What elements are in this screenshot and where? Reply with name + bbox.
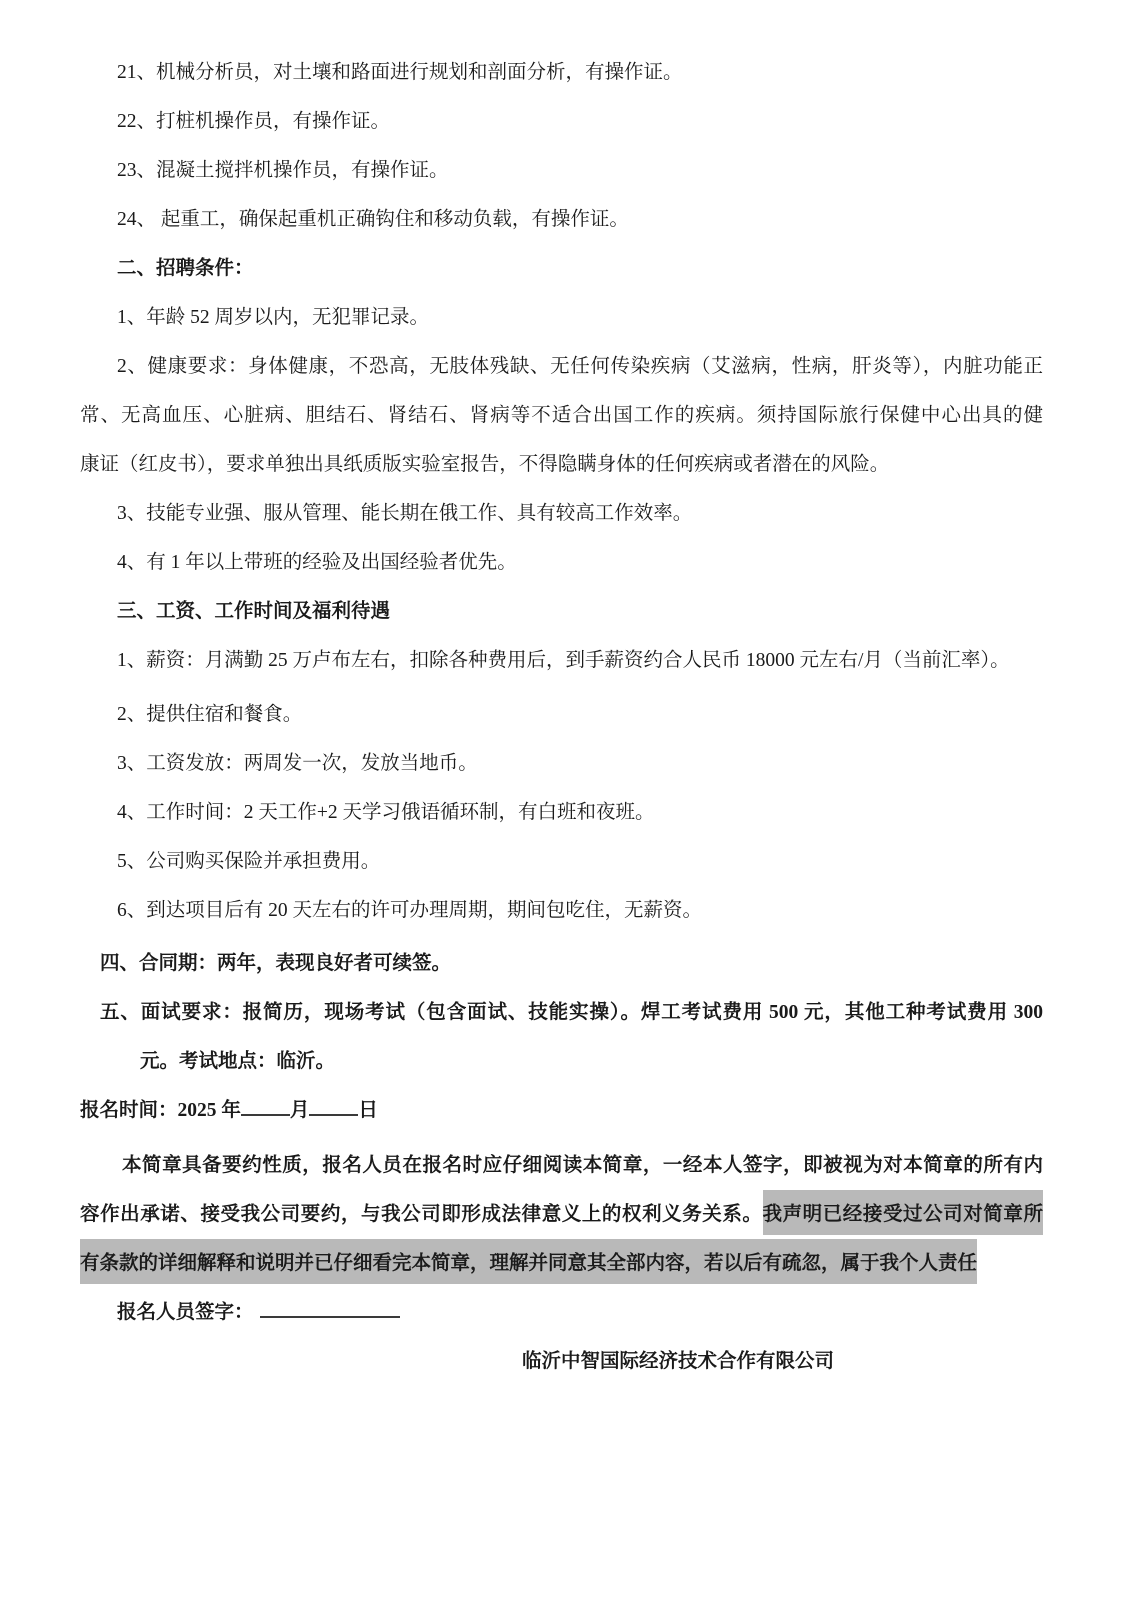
- highlighted-text-run: 我声明已经接受过公司对简章所: [763, 1190, 1043, 1235]
- benefit-4-work-hours: 4、工作时间：2 天工作+2 天学习俄语循环制，有白班和夜班。: [80, 788, 1043, 837]
- text-run: 22、打桩机操作员，有操作证。: [117, 111, 390, 132]
- benefit-6-permit-period: 6、到达项目后有 20 天左右的许可办理周期，期间包吃住，无薪资。: [80, 886, 1043, 935]
- section-4-contract-term: 四、合同期：两年，表现良好者可续签。: [80, 939, 1043, 988]
- text-run: 5、公司购买保险并承担费用。: [117, 851, 380, 872]
- text-run: 3、技能专业强、服从管理、能长期在俄工作、具有较高工作效率。: [117, 503, 692, 524]
- text-run: 2、提供住宿和餐食。: [117, 704, 302, 725]
- text-run: 日: [358, 1100, 378, 1121]
- company-name: 临沂中智国际经济技术合作有限公司: [80, 1337, 1043, 1386]
- text-run: 21、机械分析员，对土壤和路面进行规划和剖面分析，有操作证。: [117, 62, 683, 83]
- text-run: 三、工资、工作时间及福利待遇: [117, 601, 390, 622]
- section-heading-2-recruitment-conditions: 二、招聘条件：: [80, 244, 1043, 293]
- benefit-5-insurance: 5、公司购买保险并承担费用。: [80, 837, 1043, 886]
- section-heading-3-salary-benefits: 三、工资、工作时间及福利待遇: [80, 587, 1043, 636]
- condition-2-line2: 常、无高血压、心脏病、胆结石、肾结石、肾病等不适合出国工作的疾病。须持国际旅行保…: [80, 391, 1043, 440]
- text-run: 1、年龄 52 周岁以内，无犯罪记录。: [117, 307, 429, 328]
- benefit-3-pay-schedule: 3、工资发放：两周发一次，发放当地币。: [80, 739, 1043, 788]
- job-item-21: 21、机械分析员，对土壤和路面进行规划和剖面分析，有操作证。: [80, 48, 1043, 97]
- text-run: 五、面试要求：报简历，现场考试（包含面试、技能实操）。焊工考试费用 500 元，…: [100, 1002, 1043, 1023]
- condition-2-line3: 康证（红皮书），要求单独出具纸质版实验室报告，不得隐瞒身体的任何疾病或者潜在的风…: [80, 440, 1043, 489]
- declaration-line3: 有条款的详细解释和说明并已仔细看完本简章，理解并同意其全部内容，若以后有疏忽，属…: [80, 1239, 1043, 1288]
- text-run: 常、无高血压、心脏病、胆结石、肾结石、肾病等不适合出国工作的疾病。须持国际旅行保…: [80, 405, 1043, 426]
- section-5-interview-line1: 五、面试要求：报简历，现场考试（包含面试、技能实操）。焊工考试费用 500 元，…: [80, 988, 1043, 1037]
- declaration-line2: 容作出承诺、接受我公司要约，与我公司即形成法律意义上的权利义务关系。我声明已经接…: [80, 1190, 1043, 1239]
- text-run: 月: [290, 1100, 310, 1121]
- document-body: 21、机械分析员，对土壤和路面进行规划和剖面分析，有操作证。22、打桩机操作员，…: [80, 48, 1043, 1386]
- benefit-1-salary: 1、薪资：月满勤 25 万卢布左右，扣除各种费用后，到手薪资约合人民币 1800…: [80, 636, 1043, 685]
- condition-4: 4、有 1 年以上带班的经验及出国经验者优先。: [80, 538, 1043, 587]
- condition-3: 3、技能专业强、服从管理、能长期在俄工作、具有较高工作效率。: [80, 489, 1043, 538]
- text-run: 元。考试地点：临沂。: [140, 1051, 335, 1072]
- job-item-24: 24、 起重工，确保起重机正确钩住和移动负载，有操作证。: [80, 195, 1043, 244]
- text-run: 报名时间：2025 年: [80, 1100, 241, 1121]
- blank-underline: [309, 1095, 358, 1117]
- text-run: 报名人员签字：: [117, 1302, 254, 1323]
- text-run: 24、 起重工，确保起重机正确钩住和移动负载，有操作证。: [117, 209, 629, 230]
- job-item-23: 23、混凝土搅拌机操作员，有操作证。: [80, 146, 1043, 195]
- text-run: 1、薪资：月满勤 25 万卢布左右，扣除各种费用后，到手薪资约合人民币 1800…: [117, 650, 1010, 671]
- section-5-interview-line2: 元。考试地点：临沂。: [80, 1037, 1043, 1086]
- text-run: 临沂中智国际经济技术合作有限公司: [522, 1351, 834, 1372]
- condition-1: 1、年龄 52 周岁以内，无犯罪记录。: [80, 293, 1043, 342]
- document-page: 21、机械分析员，对土壤和路面进行规划和剖面分析，有操作证。22、打桩机操作员，…: [0, 0, 1131, 1600]
- text-run: 二、招聘条件：: [117, 258, 254, 279]
- declaration-line1: 本简章具备要约性质，报名人员在报名时应仔细阅读本简章，一经本人签字，即被视为对本…: [80, 1141, 1043, 1190]
- text-run: 2、健康要求：身体健康，不恐高，无肢体残缺、无任何传染疾病（艾滋病，性病，肝炎等…: [117, 356, 1043, 377]
- text-run: 23、混凝土搅拌机操作员，有操作证。: [117, 160, 449, 181]
- registration-date-line: 报名时间：2025 年月日: [80, 1086, 1043, 1135]
- condition-2-line1: 2、健康要求：身体健康，不恐高，无肢体残缺、无任何传染疾病（艾滋病，性病，肝炎等…: [80, 342, 1043, 391]
- job-item-22: 22、打桩机操作员，有操作证。: [80, 97, 1043, 146]
- text-run: 四、合同期：两年，表现良好者可续签。: [100, 953, 451, 974]
- highlighted-text-run: 有条款的详细解释和说明并已仔细看完本简章，理解并同意其全部内容，若以后有疏忽，属…: [80, 1239, 977, 1284]
- text-run: 4、有 1 年以上带班的经验及出国经验者优先。: [117, 552, 517, 573]
- text-run: 6、到达项目后有 20 天左右的许可办理周期，期间包吃住，无薪资。: [117, 900, 702, 921]
- benefit-2-lodging: 2、提供住宿和餐食。: [80, 690, 1043, 739]
- signature-line: 报名人员签字：: [80, 1288, 1043, 1337]
- text-run: 康证（红皮书），要求单独出具纸质版实验室报告，不得隐瞒身体的任何疾病或者潜在的风…: [80, 454, 889, 475]
- text-run: 3、工资发放：两周发一次，发放当地币。: [117, 753, 478, 774]
- text-run: 容作出承诺、接受我公司要约，与我公司即形成法律意义上的权利义务关系。: [80, 1204, 763, 1225]
- text-run: 4、工作时间：2 天工作+2 天学习俄语循环制，有白班和夜班。: [117, 802, 655, 823]
- text-run: 本简章具备要约性质，报名人员在报名时应仔细阅读本简章，一经本人签字，即被视为对本…: [122, 1155, 1043, 1176]
- blank-underline: [260, 1297, 400, 1319]
- blank-underline: [241, 1095, 290, 1117]
